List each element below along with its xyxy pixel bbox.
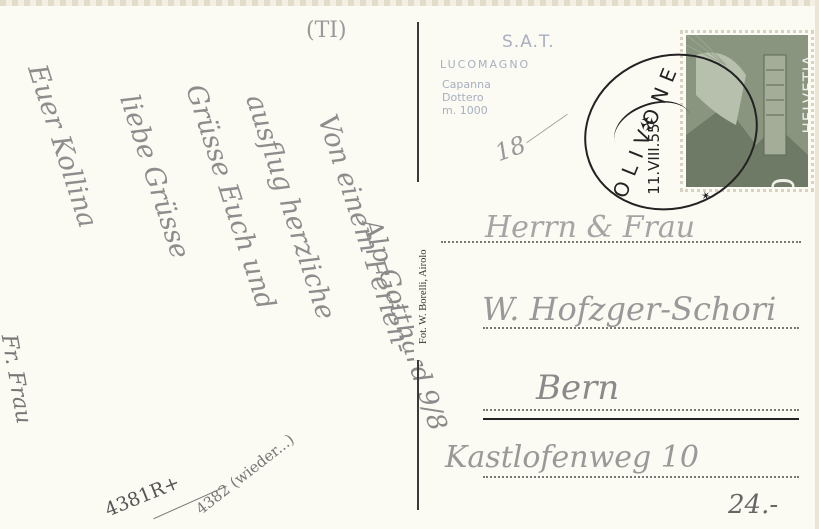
message-line-1: Von einem Ferien- [311,111,417,357]
address-rule-3 [483,409,799,411]
address-line-3: Bern [536,368,619,408]
address-rule-1 [441,241,801,243]
star-icon: ✶ [699,188,713,205]
region-mark: (TI) [306,18,347,43]
sender-stamp-line3: Capanna Dottero m. 1000 [442,78,491,117]
card-edge-top [0,0,819,6]
pencil-stroke [526,114,568,143]
address-line-4: Kastlofenweg 10 [445,440,699,475]
sender-stamp-title: S.A.T. [502,32,555,52]
message-signature: Fr. Frau [0,332,36,425]
message-line-4: liebe Grüsse [113,91,195,263]
address-line-2: W. Hofzger-Schori [482,290,776,328]
photo-credit: Fot. W. Borelli, Airolo [418,249,429,344]
message-line-5: Euer Kollina [21,61,103,232]
address-rule-2 [483,327,799,329]
stamp-value: 10 [767,177,802,187]
price-note: 24.- [728,490,778,520]
card-edge-right [815,0,819,529]
postmark-date: 11.VIII.55 [645,123,663,194]
city-underline [483,418,799,420]
catalog-note-2: 4382 (wieder...) [192,430,297,518]
pencil-note: 18 [491,130,529,167]
catalog-note-1: 4381R+ [102,471,183,521]
sender-stamp-line2: LUCOMAGNO [440,58,530,71]
address-rule-4 [483,476,799,478]
postcard: (TI) Alp Gotthard 9/8 Von einem Ferien- … [0,0,819,529]
stamp-country: HELVETIA [799,54,808,133]
address-line-1: Herrn & Frau [485,210,695,245]
